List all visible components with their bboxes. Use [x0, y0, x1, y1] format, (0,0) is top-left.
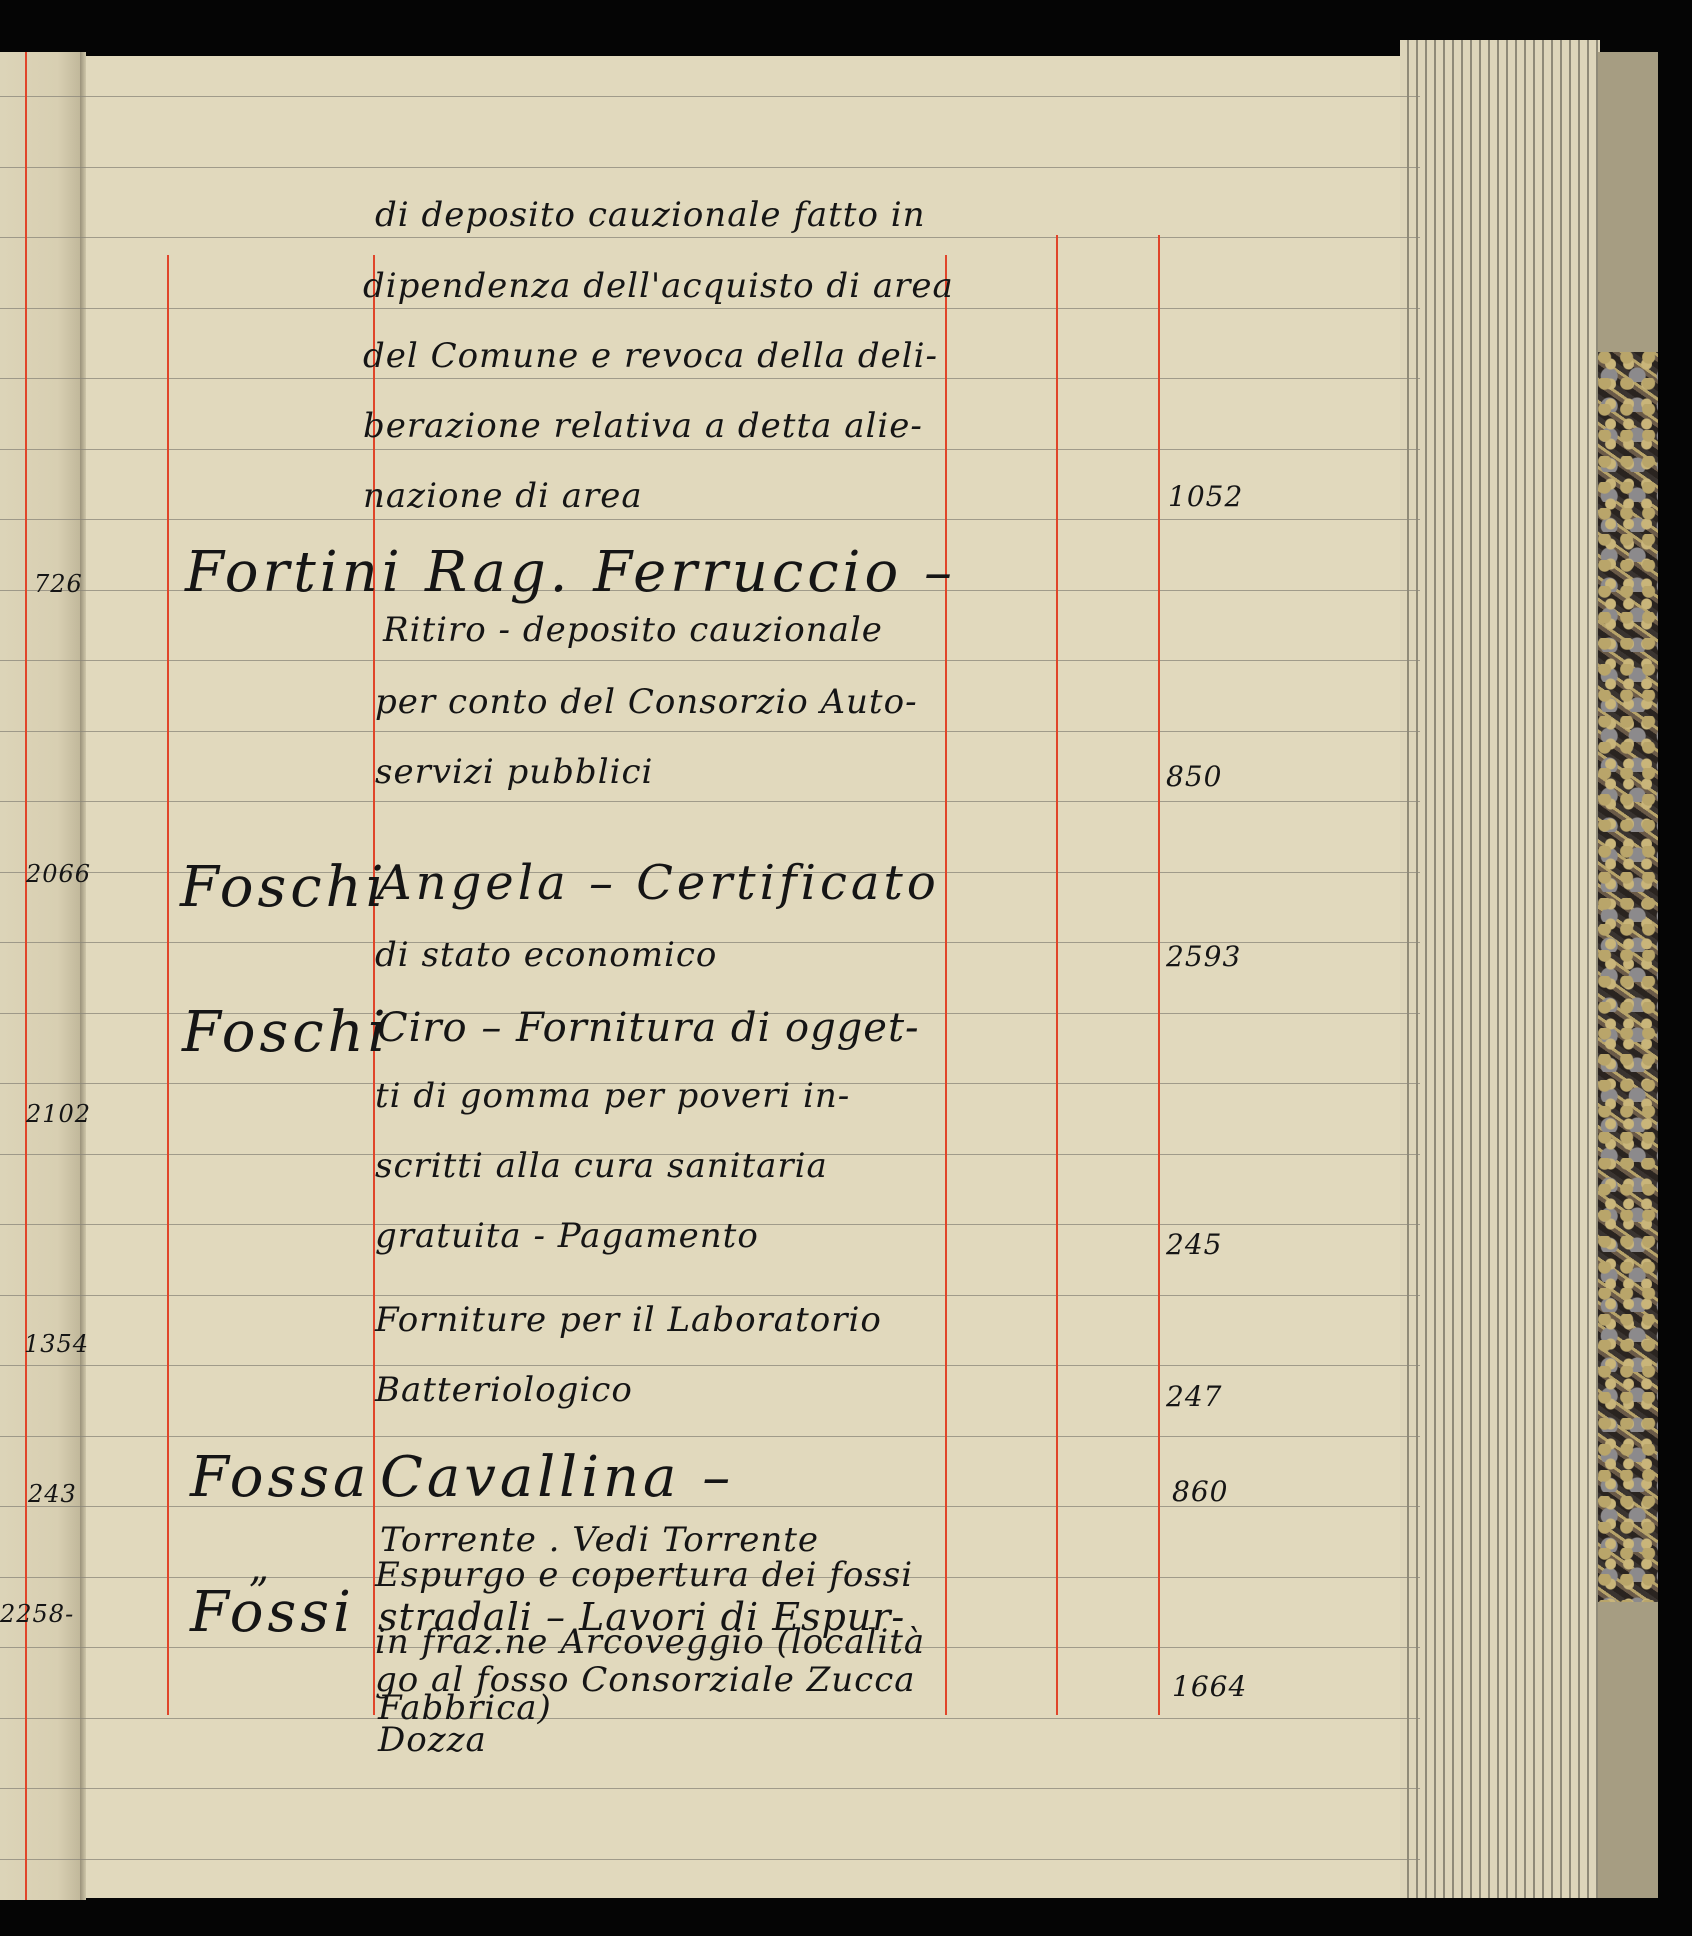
surname-heading: Foschi [180, 855, 388, 920]
page-number: 860 [1172, 1475, 1228, 1508]
entry-line: nazione di area [363, 476, 643, 516]
ruled-line [0, 308, 1420, 309]
surname-heading: Fossi [190, 1580, 355, 1645]
ruled-line [0, 1788, 1420, 1789]
ruled-line [0, 1436, 1420, 1437]
entry-line: gratuita - Pagamento [375, 1216, 759, 1256]
page-number: 247 [1166, 1380, 1222, 1413]
ruled-line [0, 167, 1420, 168]
entry-line: scritti alla cura sanitaria [375, 1146, 828, 1186]
ruled-line [0, 801, 1420, 802]
entry-line: servizi pubblici [375, 752, 653, 792]
entry-line: in fraz.ne Arcoveggio (località [375, 1622, 925, 1662]
ref-number: 1354 [24, 1330, 89, 1358]
ruled-line [0, 96, 1420, 97]
ditto-mark: ” [248, 1570, 272, 1616]
surname-heading: Fortini [185, 540, 404, 605]
entry-line: di deposito cauzionale fatto in [375, 195, 926, 235]
red-rule-page-column [1158, 235, 1160, 1715]
ref-number: 243 [28, 1480, 77, 1508]
entry-line: Torrente . Vedi Torrente [380, 1520, 819, 1560]
entry-line: per conto del Consorzio Auto- [375, 682, 918, 722]
page-number: 850 [1166, 760, 1222, 793]
entry-line: ti di gomma per poveri in- [375, 1076, 850, 1116]
page-number: 1052 [1168, 480, 1243, 513]
entry-heading: Angela – Certificato [377, 855, 940, 911]
ruled-line [0, 660, 1420, 661]
entry-line: berazione relativa a detta alie- [363, 406, 923, 446]
entry-heading: Ciro – Fornitura di ogget- [377, 1005, 920, 1051]
entry-line: Fabbrica) [378, 1688, 552, 1728]
entry-heading: Rag. Ferruccio – [425, 540, 956, 605]
page-number: 1664 [1172, 1670, 1247, 1703]
entry-line: Espurgo e copertura dei fossi [375, 1555, 913, 1595]
ruled-line [0, 1295, 1420, 1296]
page-number: 2593 [1166, 940, 1241, 973]
ruled-line [0, 731, 1420, 732]
red-rule-ref-column [167, 255, 169, 1715]
ref-number: 2258- [0, 1600, 74, 1628]
surname-heading: Fossa [190, 1445, 370, 1510]
page-number: 245 [1166, 1228, 1222, 1261]
ref-number: 2066 [26, 860, 91, 888]
ruled-line [0, 1718, 1420, 1719]
surname-heading: Foschi [182, 1000, 390, 1065]
ruled-line [0, 378, 1420, 379]
entry-line: Batteriologico [375, 1370, 633, 1410]
entry-line: dipendenza dell'acquisto di area [363, 266, 954, 306]
red-rule-surname-column [373, 255, 375, 1715]
stacked-page-edges [1400, 40, 1600, 1898]
red-rule-extra-column [1056, 235, 1058, 1715]
entry-line: Ritiro - deposito cauzionale [383, 610, 883, 650]
entry-line: di stato economico [375, 935, 717, 975]
ruled-line [0, 237, 1420, 238]
red-rule-description-end [945, 255, 947, 1715]
ref-number: 2102 [26, 1100, 91, 1128]
ruled-line [0, 449, 1420, 450]
ruled-line [0, 1859, 1420, 1860]
entry-line: Forniture per il Laboratorio [375, 1300, 882, 1340]
ruled-line [0, 519, 1420, 520]
ruled-line [0, 1365, 1420, 1366]
entry-heading: Cavallina – [380, 1445, 734, 1510]
entry-line: del Comune e revoca della deli- [363, 336, 938, 376]
ref-number: 726 [34, 570, 83, 598]
marbled-cover-paper [1598, 352, 1658, 1602]
